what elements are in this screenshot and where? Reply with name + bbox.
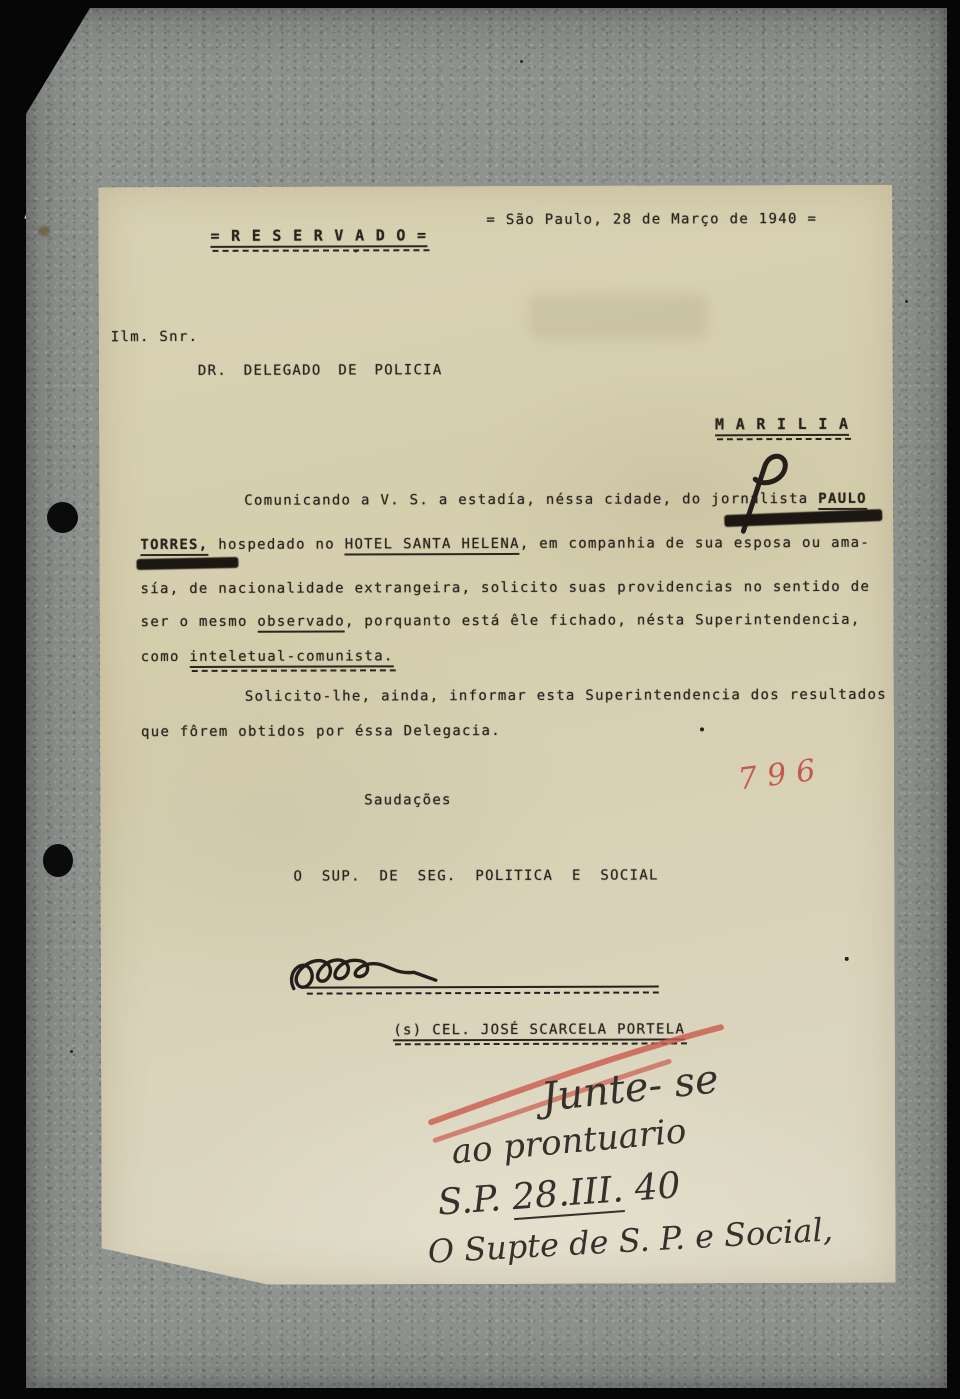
name-paulo: PAULO xyxy=(818,491,867,510)
office-title: O SUP. DE SEG. POLITICA E SOCIAL xyxy=(293,867,658,884)
body-line-2: TORRES, hospedado no HOTEL SANTA HELENA,… xyxy=(140,535,870,553)
red-folio-number: 796 xyxy=(736,752,827,798)
note-line-3-suffix: 40 xyxy=(622,1165,682,1210)
dateline: = São Paulo, 28 de Março de 1940 = xyxy=(486,211,817,228)
body-line-4-text-a: ser o mesmo xyxy=(141,614,258,630)
board-speck xyxy=(70,1050,73,1053)
body-line-5-text-a: como xyxy=(141,649,190,665)
classification-text: = R E S E R V A D O = xyxy=(210,226,427,248)
ghost-stamp-impression xyxy=(529,293,709,340)
body-line-3: sía, de nacionalidade extrangeira, solic… xyxy=(141,579,871,597)
body-line-2-text-b: , em companhia de sua esposa ou ama- xyxy=(520,535,870,552)
addressee-city: M A R I L I A xyxy=(653,397,849,452)
body-line-6: Solicito-lhe, ainda, informar esta Super… xyxy=(245,687,887,705)
addressee-city-text: M A R I L I A xyxy=(715,415,849,436)
board-speck xyxy=(520,60,523,63)
body-line-5: como inteletual-comunista. xyxy=(141,648,394,665)
ink-dot-body xyxy=(700,727,704,731)
ink-dot-signature xyxy=(845,957,849,961)
hotel-name: HOTEL SANTA HELENA xyxy=(345,536,520,556)
classification-heading: = R E S E R V A D O = xyxy=(148,208,427,263)
ink-dot-header xyxy=(354,249,357,252)
punch-hole-bottom xyxy=(43,844,73,877)
salutation: Ilm. Snr. xyxy=(111,329,199,345)
ink-smudge-under-torres xyxy=(136,557,238,570)
phrase-inteletual-comunista: inteletual-comunista. xyxy=(189,648,393,668)
note-line-3-prefix: S.P. xyxy=(436,1177,513,1223)
punch-hole-top xyxy=(47,502,78,533)
addressee-title: DR. DELEGADO DE POLICIA xyxy=(198,362,443,379)
board-stain xyxy=(38,226,50,236)
closing-saudacoes: Saudações xyxy=(364,792,452,808)
board-speck xyxy=(905,300,908,303)
scanned-document-page: = R E S E R V A D O = = São Paulo, 28 de… xyxy=(0,0,960,1399)
body-line-7: que fôrem obtidos por éssa Delegacia. xyxy=(141,723,501,740)
handwritten-note-line-3: S.P. 28.III. 40 xyxy=(436,1165,682,1224)
letter-paper: = R E S E R V A D O = = São Paulo, 28 de… xyxy=(98,185,895,1285)
name-torres: TORRES, xyxy=(140,537,208,556)
body-line-4: ser o mesmo observado, porquanto está êl… xyxy=(141,612,861,630)
word-observado: observado xyxy=(257,613,345,632)
body-line-2-text-a: hospedado no xyxy=(208,536,344,552)
body-line-4-text-b: , porquanto está êle fichado, nésta Supe… xyxy=(345,612,861,630)
note-line-3-date: 28.III. xyxy=(511,1169,625,1220)
